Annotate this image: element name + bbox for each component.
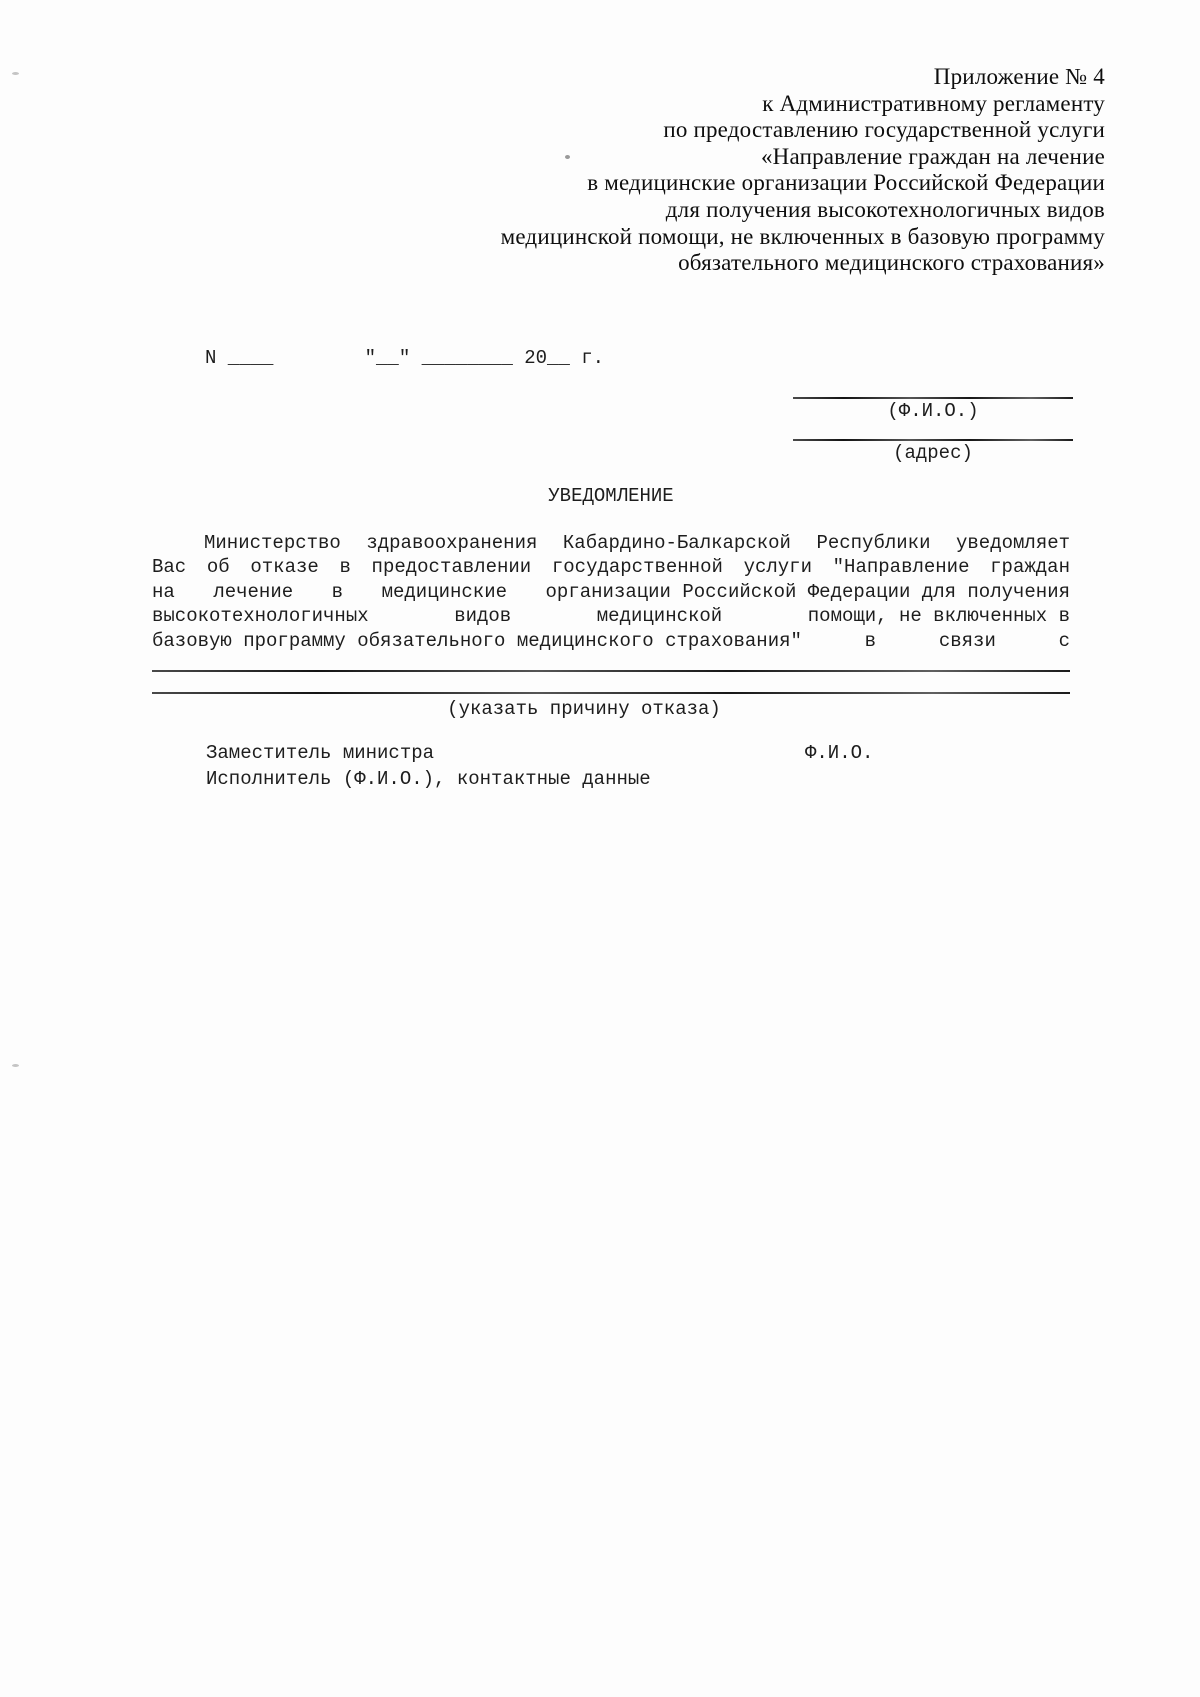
address-blank-rule xyxy=(793,439,1073,441)
appendix-header-line: медицинской помощи, не включенных в базо… xyxy=(501,224,1105,251)
notice-word-group: Кабардино-Балкарской xyxy=(563,531,791,555)
notice-word-group: связи xyxy=(939,629,996,653)
appendix-header-line: обязательного медицинского страхования» xyxy=(501,250,1105,277)
notice-word-group: уведомляет xyxy=(956,531,1070,555)
notice-word-group: на xyxy=(152,580,175,604)
signature-executor: Исполнитель (Ф.И.О.), контактные данные xyxy=(206,768,651,790)
appendix-header-line: в медицинские организации Российской Фед… xyxy=(501,170,1105,197)
appendix-header-line: к Административному регламенту xyxy=(501,91,1105,118)
notice-word-group: лечение xyxy=(213,580,293,604)
appendix-header-line: для получения высокотехнологичных видов xyxy=(501,197,1105,224)
notice-line: Министерство здравоохранения Кабардино-Б… xyxy=(152,531,1070,555)
appendix-header: Приложение № 4к Административному реглам… xyxy=(501,64,1105,277)
signature-fio: Ф.И.О. xyxy=(805,742,873,764)
notice-line: базовую программу обязательного медицинс… xyxy=(152,629,1070,653)
reason-caption: (указать причину отказа) xyxy=(125,698,1043,720)
notice-word-group: в xyxy=(865,629,876,653)
notice-word-group: государственной xyxy=(552,555,723,579)
notice-line: высокотехнологичных видов медицинской по… xyxy=(152,604,1070,628)
notice-word-group: в xyxy=(339,555,350,579)
notice-word-group: услуги xyxy=(744,555,812,579)
notice-line: на лечение в медицинские организации Рос… xyxy=(152,580,1070,604)
document-title: УВЕДОМЛЕНИЕ xyxy=(152,485,1070,507)
notice-word-group: граждан xyxy=(990,555,1070,579)
scan-artifact xyxy=(12,72,19,75)
notice-word-group: Республики xyxy=(816,531,930,555)
notice-word-group: с xyxy=(1059,629,1070,653)
notice-word-group: организации Российской Федерации для пол… xyxy=(546,580,1071,604)
notice-word-group: отказе xyxy=(250,555,318,579)
notice-word-group: базовую программу обязательного медицинс… xyxy=(152,629,802,653)
notice-word-group: медицинской xyxy=(597,604,722,628)
appendix-header-line: по предоставлению государственной услуги xyxy=(501,117,1105,144)
appendix-header-line: Приложение № 4 xyxy=(501,64,1105,91)
fio-blank-rule xyxy=(793,397,1073,399)
notice-word-group: в xyxy=(332,580,343,604)
notice-word-group: помощи, не включенных в xyxy=(808,604,1070,628)
appendix-header-line: «Направление граждан на лечение xyxy=(501,144,1105,171)
signature-position: Заместитель министра xyxy=(206,742,434,764)
notice-word-group: видов xyxy=(454,604,511,628)
reason-blank-rule-1 xyxy=(152,670,1070,672)
notice-word-group: высокотехнологичных xyxy=(152,604,369,628)
notice-word-group: здравоохранения xyxy=(366,531,537,555)
notice-line: Вас об отказе в предоставлении государст… xyxy=(152,555,1070,579)
notice-word-group: Вас xyxy=(152,555,186,579)
notice-word-group: "Направление xyxy=(833,555,970,579)
address-caption: (адрес) xyxy=(793,442,1073,464)
number-date-line: N ____ "__" ________ 20__ г. xyxy=(205,347,604,369)
scan-artifact xyxy=(565,155,570,159)
notice-word-group: Министерство xyxy=(204,531,341,555)
notice-word-group: об xyxy=(207,555,230,579)
notice-word-group: предоставлении xyxy=(372,555,532,579)
notice-word-group: медицинские xyxy=(382,580,507,604)
document-page: Приложение № 4к Административному реглам… xyxy=(0,0,1200,1697)
fio-caption: (Ф.И.О.) xyxy=(793,400,1073,422)
notice-paragraph: Министерство здравоохранения Кабардино-Б… xyxy=(152,531,1070,653)
scan-artifact xyxy=(12,1064,19,1067)
reason-blank-rule-2 xyxy=(152,692,1070,694)
